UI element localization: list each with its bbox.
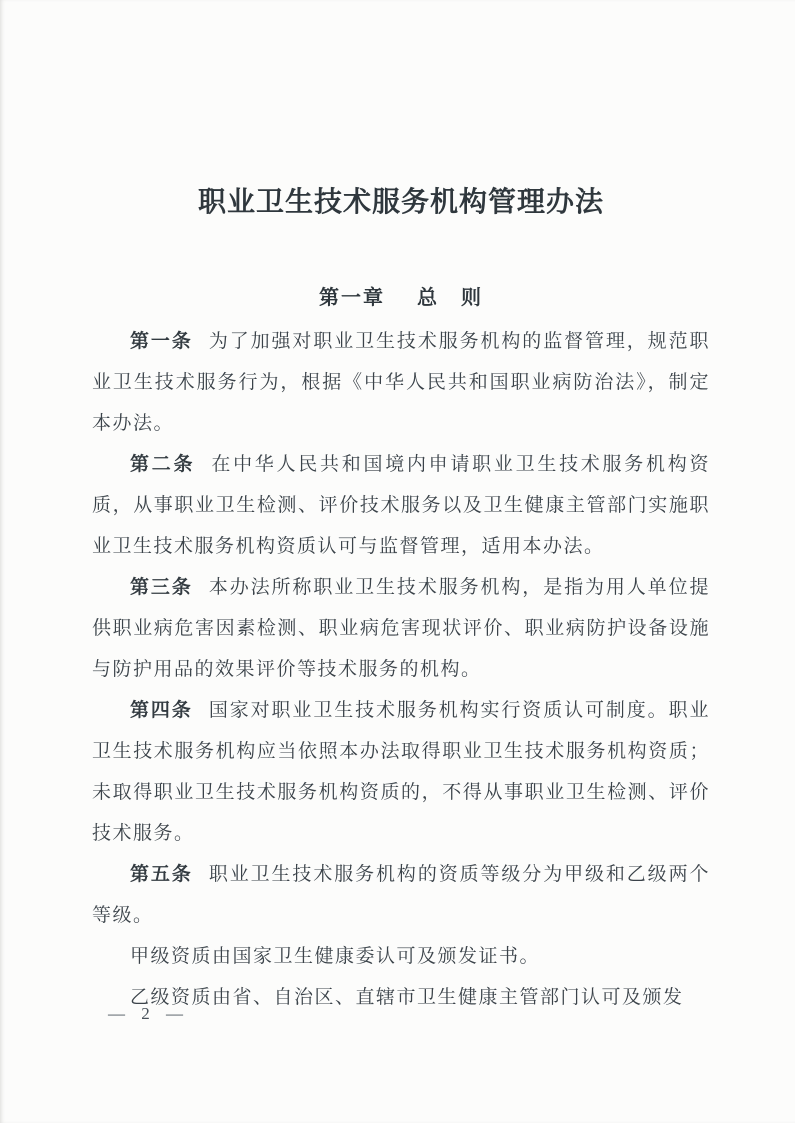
article-label: 第三条 bbox=[130, 577, 193, 598]
article-paragraph: 第一条为了加强对职业卫生技术服务机构的监督管理，规范职业卫生技术服务行为，根据《… bbox=[92, 321, 710, 444]
article-paragraph: 第二条在中华人民共和国境内申请职业卫生技术服务机构资质，从事职业卫生检测、评价技… bbox=[92, 444, 710, 567]
article-list: 第一条为了加强对职业卫生技术服务机构的监督管理，规范职业卫生技术服务行为，根据《… bbox=[92, 321, 710, 1018]
article-label: 第一条 bbox=[130, 331, 193, 352]
page-number: — 2 — bbox=[108, 1004, 189, 1024]
article-label: 第四条 bbox=[130, 700, 193, 721]
document-content: 职业卫生技术服务机构管理办法 第一章总 则 第一条为了加强对职业卫生技术服务机构… bbox=[0, 0, 795, 1018]
article-paragraph: 第三条本办法所称职业卫生技术服务机构，是指为用人单位提供职业病危害因素检测、职业… bbox=[92, 567, 710, 690]
chapter-label: 第一章 bbox=[319, 287, 385, 309]
chapter-title: 总 则 bbox=[417, 287, 483, 309]
article-paragraph: 甲级资质由国家卫生健康委认可及颁发证书。 bbox=[92, 936, 710, 977]
chapter-heading: 第一章总 则 bbox=[92, 284, 710, 312]
document-title: 职业卫生技术服务机构管理办法 bbox=[92, 184, 710, 220]
article-text: 国家对职业卫生技术服务机构实行资质认可制度。职业卫生技术服务机构应当依照本办法取… bbox=[92, 700, 710, 844]
article-paragraph: 第四条国家对职业卫生技术服务机构实行资质认可制度。职业卫生技术服务机构应当依照本… bbox=[92, 690, 710, 854]
article-label: 第二条 bbox=[130, 454, 195, 475]
article-text: 甲级资质由国家卫生健康委认可及颁发证书。 bbox=[130, 946, 540, 967]
article-label: 第五条 bbox=[130, 864, 193, 885]
article-text: 乙级资质由省、自治区、直辖市卫生健康主管部门认可及颁发 bbox=[130, 987, 684, 1008]
article-paragraph: 第五条职业卫生技术服务机构的资质等级分为甲级和乙级两个等级。 bbox=[92, 854, 710, 936]
scanned-document-page: 职业卫生技术服务机构管理办法 第一章总 则 第一条为了加强对职业卫生技术服务机构… bbox=[0, 0, 795, 1123]
